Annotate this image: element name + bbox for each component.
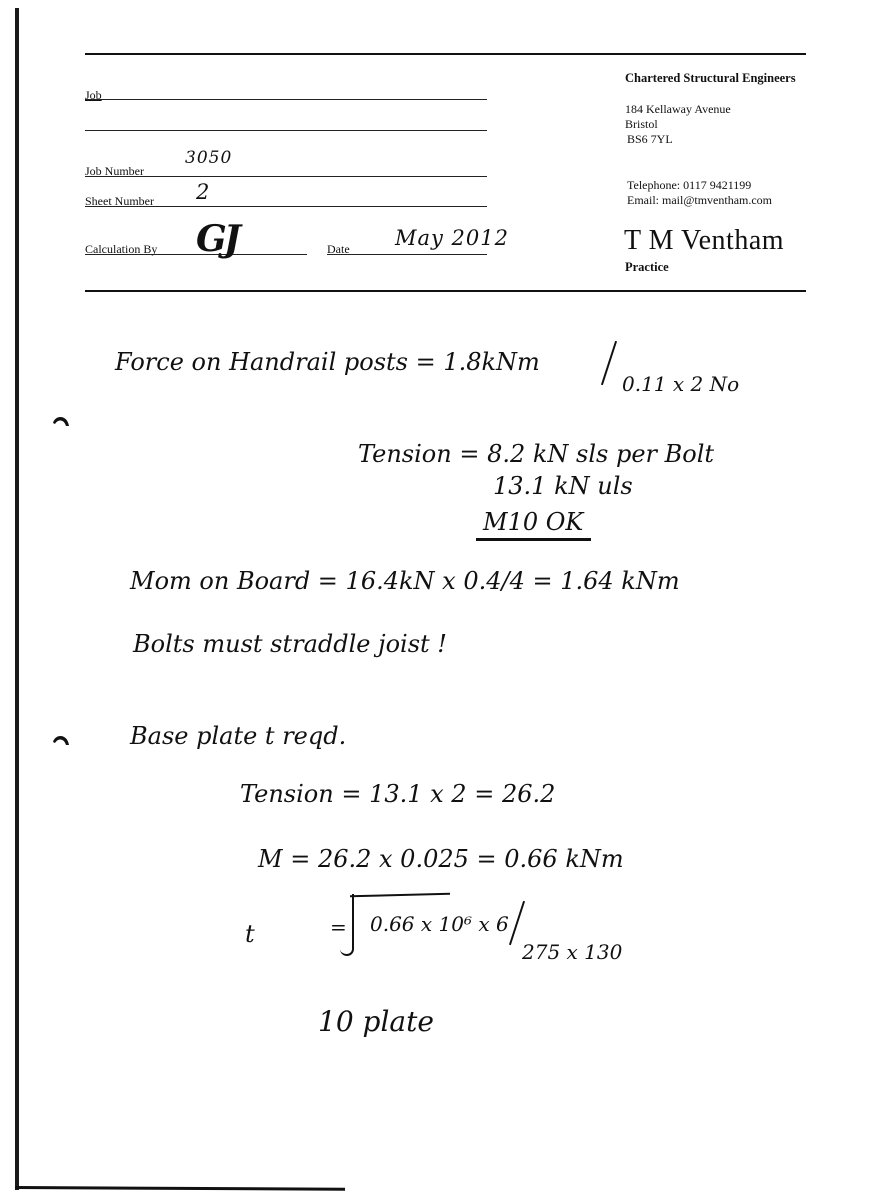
- thickness-fraction-slash: [509, 901, 525, 945]
- header-top-rule: [85, 53, 806, 55]
- conclusion: 10 plate: [318, 1005, 434, 1038]
- company-heading: Chartered Structural Engineers: [625, 71, 796, 86]
- sheet-number-value: 2: [196, 180, 210, 204]
- header-bottom-rule: [85, 290, 806, 292]
- thickness-numerator: 0.66 x 10⁶ x 6: [370, 912, 509, 936]
- bolts-note: Bolts must straddle joist !: [133, 630, 447, 658]
- job-field-line-2: [85, 130, 487, 131]
- job-number-line: [85, 176, 487, 177]
- address-line-3: BS6 7YL: [627, 132, 673, 147]
- bolt-result: M10 OK: [483, 508, 583, 536]
- address-line-2: Bristol: [625, 117, 658, 132]
- date-value: May 2012: [395, 226, 509, 250]
- punch-hole-icon: [52, 733, 70, 747]
- square-root-icon: [340, 894, 354, 956]
- base-plate-heading: Base plate t reqd.: [130, 722, 346, 750]
- fraction-slash: [601, 341, 617, 385]
- company-name: T M Ventham: [624, 225, 784, 257]
- moment-plate-line: M = 26.2 x 0.025 = 0.66 kNm: [258, 845, 624, 873]
- date-line: [327, 254, 487, 255]
- scan-left-edge: [15, 8, 19, 1190]
- moment-on-board-line: Mom on Board = 16.4kN x 0.4/4 = 1.64 kNm: [130, 567, 680, 595]
- square-root-bar: [350, 893, 450, 898]
- bolt-result-underline: [476, 538, 591, 541]
- job-label: Job: [85, 88, 102, 103]
- punch-hole-icon: [52, 414, 70, 428]
- force-denominator: 0.11 x 2 No: [622, 372, 739, 396]
- company-subtitle: Practice: [625, 260, 669, 275]
- thickness-denominator: 275 x 130: [522, 940, 622, 964]
- calculation-by-initials: GJ: [196, 218, 238, 260]
- force-line: Force on Handrail posts = 1.8kNm: [115, 348, 540, 376]
- sheet-number-line: [85, 206, 487, 207]
- thickness-label: t: [245, 920, 255, 948]
- email: Email: mail@tmventham.com: [627, 193, 772, 208]
- scan-bottom-edge: [15, 1186, 345, 1191]
- tension-total-line: Tension = 13.1 x 2 = 26.2: [240, 780, 555, 808]
- tension-line-uls: 13.1 kN uls: [493, 472, 633, 500]
- address-line-1: 184 Kellaway Avenue: [625, 102, 731, 117]
- telephone: Telephone: 0117 9421199: [627, 178, 751, 193]
- job-field-line: [85, 99, 487, 100]
- job-number-value: 3050: [185, 148, 232, 168]
- tension-line-sls: Tension = 8.2 kN sls per Bolt: [358, 440, 714, 468]
